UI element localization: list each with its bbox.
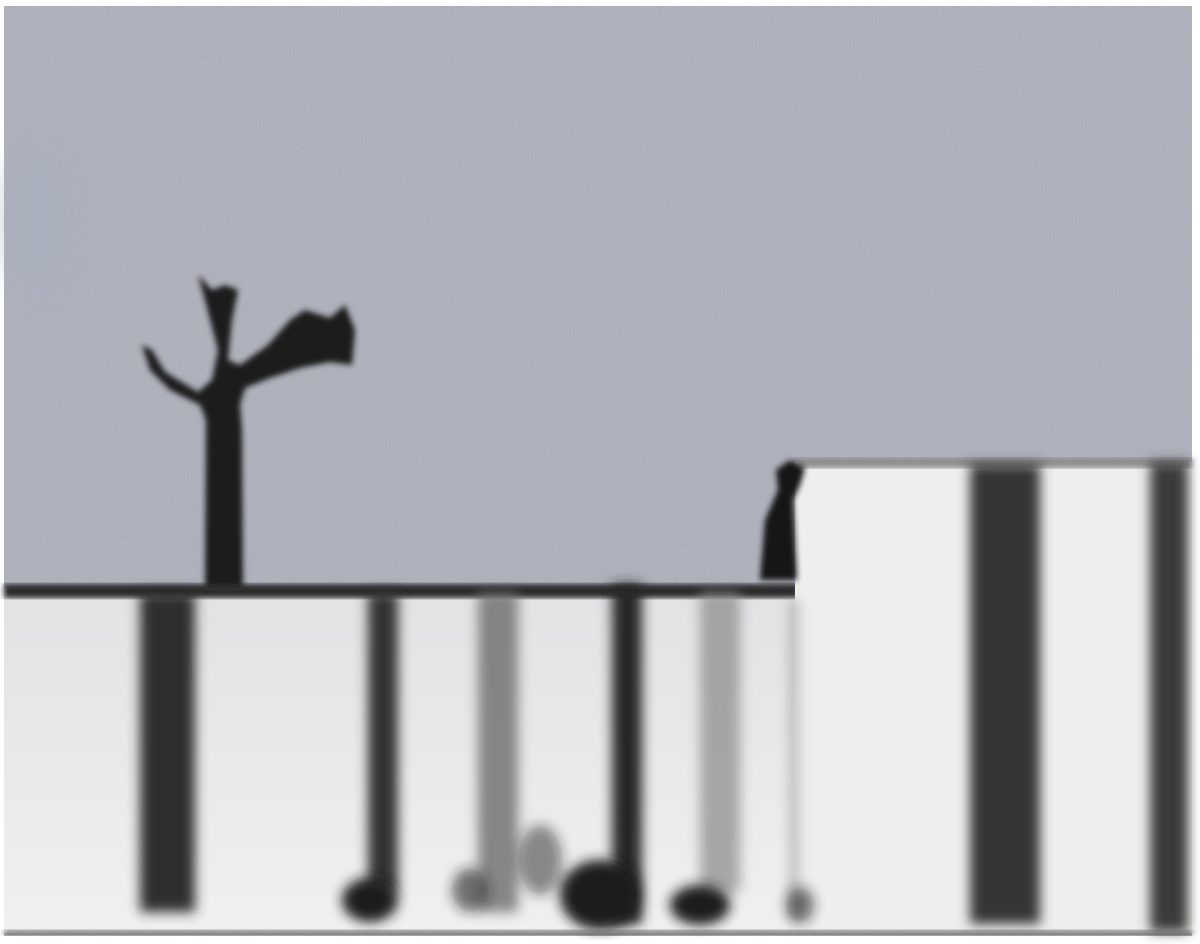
- photograph: [0, 0, 1200, 944]
- print-edge: [4, 930, 1192, 935]
- low-wall: [4, 584, 799, 933]
